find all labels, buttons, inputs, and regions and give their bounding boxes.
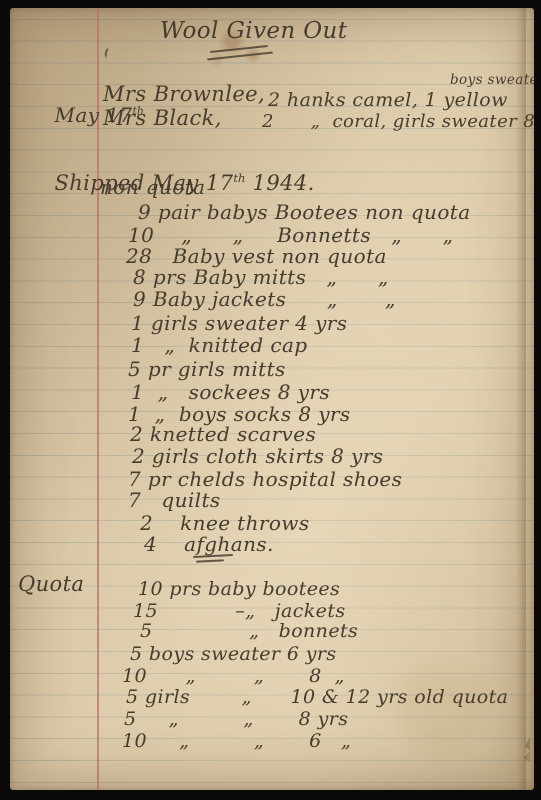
ledger-line: 2 knetted scarves [130,424,316,444]
ledger-line: 4 afghans. [144,534,274,554]
ledger-line: 1 „ boys socks 8 yrs [128,404,351,424]
ledger-line: 5 boys sweater 6 yrs [130,645,337,664]
ledger-line: 8 prs Baby mitts „ „ [133,267,389,287]
page-edge-crease [516,8,526,790]
ledger-line: 5 girls „ 10 & 12 yrs old quota [126,688,508,707]
ledger-line: 2 knee throws [140,513,310,533]
ledger-line: 10 prs baby bootees [138,580,340,599]
ledger-line: 1 „ knitted cap [131,335,307,355]
title-underline [207,52,273,61]
ledger-line: 1 „ sockees 8 yrs [131,382,330,402]
page-title: Wool Given Out [160,20,347,43]
ledger-photo: Wool Given Out boys sweater May 17th Mrs… [0,0,541,800]
ledger-line: 1 girls sweater 4 yrs [131,313,347,333]
ledger-line: 10 „ „ 8 „ [122,667,345,686]
entry-amount: 2 „ coral, girls sweater 8 yrs [262,113,534,131]
ledger-line: 10 „ „ 6 „ [122,732,351,751]
ledger-line: 28 Baby vest non quota [126,246,387,266]
entry-amount: 2 hanks camel, 1 yellow [268,91,508,110]
ledger-line: 15 –„ jackets [133,602,346,621]
shipped-year: 1944. [245,171,314,195]
afghans-underline [196,559,224,562]
ledger-line: 9 Baby jackets „ „ [133,289,396,309]
ink-smudge [104,48,111,59]
ledger-line: 5 „ bonnets [140,622,358,641]
section-label-quota: Quota [18,574,84,595]
ledger-line: 10 „ „ Bonnetts „ „ [128,225,453,245]
ledger-page: Wool Given Out boys sweater May 17th Mrs… [10,8,534,790]
ledger-line: 2 girls cloth skirts 8 yrs [132,446,383,466]
ledger-line: 7 pr chelds hospital shoes [128,469,402,489]
section-label-nonquota: non quota [100,177,205,197]
entry-name: Mrs Black, [103,108,222,129]
entry-name: Mrs Brownlee, [103,84,265,105]
title-underline [210,45,268,53]
ledger-line: 7 quilts [128,490,221,510]
ledger-line: 5 „ „ 8 yrs [124,710,348,729]
ledger-line: 5 pr girls mitts [128,359,286,379]
ledger-line: 9 pair babys Bootees non quota [138,202,471,222]
shipped-suffix: th [233,171,245,185]
